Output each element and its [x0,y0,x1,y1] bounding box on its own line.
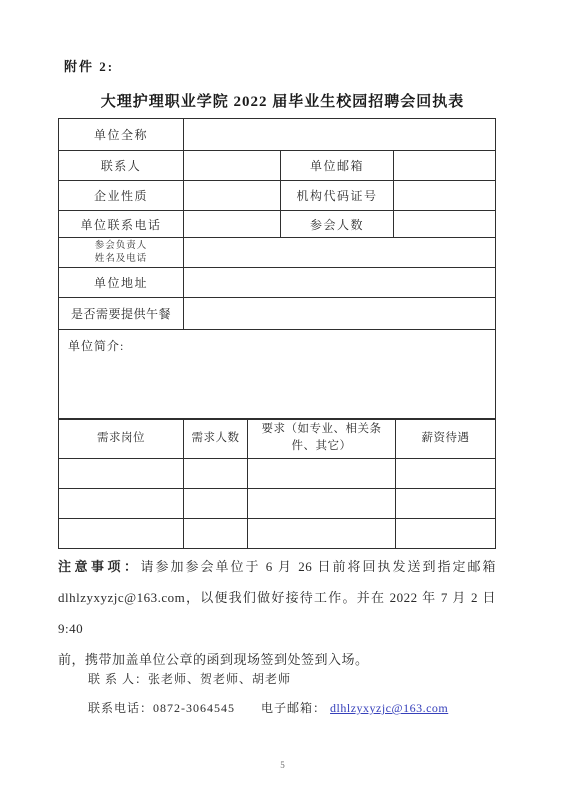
job-cell [59,488,184,518]
table-row: 是否需要提供午餐 [59,298,496,330]
lead-label-line2: 姓名及电话 [59,253,183,266]
field-value-unit-name [184,119,496,151]
field-label-unit-name: 单位全称 [59,119,184,151]
table-row: 单位地址 [59,268,496,298]
job-cell [184,458,248,488]
field-label-lunch: 是否需要提供午餐 [59,298,184,330]
job-cell [59,518,184,548]
header-headcount: 需求人数 [184,419,248,459]
job-cell [184,488,248,518]
field-value-attendee-count [394,211,496,238]
header-requirements: 要求（如专业、相关条件、其它） [248,419,396,459]
table-row [59,458,496,488]
info-table: 单位全称 联系人 单位邮箱 企业性质 机构代码证号 单位联系电话 参会人数 参会… [58,118,496,420]
table-row: 联系人 单位邮箱 [59,151,496,181]
header-position: 需求岗位 [59,419,184,459]
field-value-org-code [394,181,496,211]
field-value-unit-phone [184,211,281,238]
table-row [59,518,496,548]
field-label-enterprise-nature: 企业性质 [59,181,184,211]
notice-line-2: dlhlzyxyzjc@163.com，以便我们做好接待工作。并在 2022 年… [58,582,496,644]
job-cell [396,518,496,548]
table-header-row: 需求岗位 需求人数 要求（如专业、相关条件、其它） 薪资待遇 [59,419,496,459]
field-value-enterprise-nature [184,181,281,211]
document-page: 附件 2: 大理护理职业学院 2022 届毕业生校园招聘会回执表 单位全称 联系… [0,0,565,800]
table-row: 单位联系电话 参会人数 [59,211,496,238]
notice-paragraph: 注意事项：请参加参会单位于 6 月 26 日前将回执发送到指定邮箱 dlhlzy… [58,551,496,675]
field-value-lead-person [184,238,496,268]
notice-text-1: 请参加参会单位于 6 月 26 日前将回执发送到指定邮箱 [141,559,496,574]
table-row [59,488,496,518]
field-label-attendee-count: 参会人数 [281,211,394,238]
header-salary: 薪资待遇 [396,419,496,459]
table-row: 企业性质 机构代码证号 [59,181,496,211]
job-cell [248,488,396,518]
field-label-lead-person: 参会负责人 姓名及电话 [59,238,184,268]
field-unit-intro: 单位简介: [59,330,496,420]
table-row: 单位全称 [59,119,496,151]
field-label-unit-address: 单位地址 [59,268,184,298]
lead-label-line1: 参会负责人 [59,240,183,253]
job-cell [248,518,396,548]
page-number: 5 [0,760,565,770]
table-row: 单位简介: [59,330,496,420]
job-requirements-table: 需求岗位 需求人数 要求（如专业、相关条件、其它） 薪资待遇 [58,418,496,549]
email-link[interactable]: dlhlzyxyzjc@163.com [330,701,448,715]
contact-details: 联系电话：0872-3064545电子邮箱： dlhlzyxyzjc@163.c… [88,700,508,716]
field-label-contact-person: 联系人 [59,151,184,181]
field-value-lunch [184,298,496,330]
field-label-org-code: 机构代码证号 [281,181,394,211]
notice-line-1: 注意事项：请参加参会单位于 6 月 26 日前将回执发送到指定邮箱 [58,551,496,582]
field-label-unit-phone: 单位联系电话 [59,211,184,238]
attachment-label: 附件 2: [64,56,114,75]
field-label-unit-email: 单位邮箱 [281,151,394,181]
table-row: 参会负责人 姓名及电话 [59,238,496,268]
contact-block: 联 系 人：张老师、贺老师、胡老师 联系电话：0872-3064545电子邮箱：… [88,671,508,716]
field-value-unit-address [184,268,496,298]
notice-label: 注意事项： [58,559,141,574]
field-value-contact-person [184,151,281,181]
email-label: 电子邮箱： [261,701,326,715]
job-cell [396,488,496,518]
job-cell [184,518,248,548]
job-cell [396,458,496,488]
job-cell [248,458,396,488]
phone-number: 0872-3064545 [153,701,235,715]
job-cell [59,458,184,488]
phone-label: 联系电话： [88,701,153,715]
field-value-unit-email [394,151,496,181]
contact-persons: 联 系 人：张老师、贺老师、胡老师 [88,671,508,687]
page-title: 大理护理职业学院 2022 届毕业生校园招聘会回执表 [0,90,565,111]
